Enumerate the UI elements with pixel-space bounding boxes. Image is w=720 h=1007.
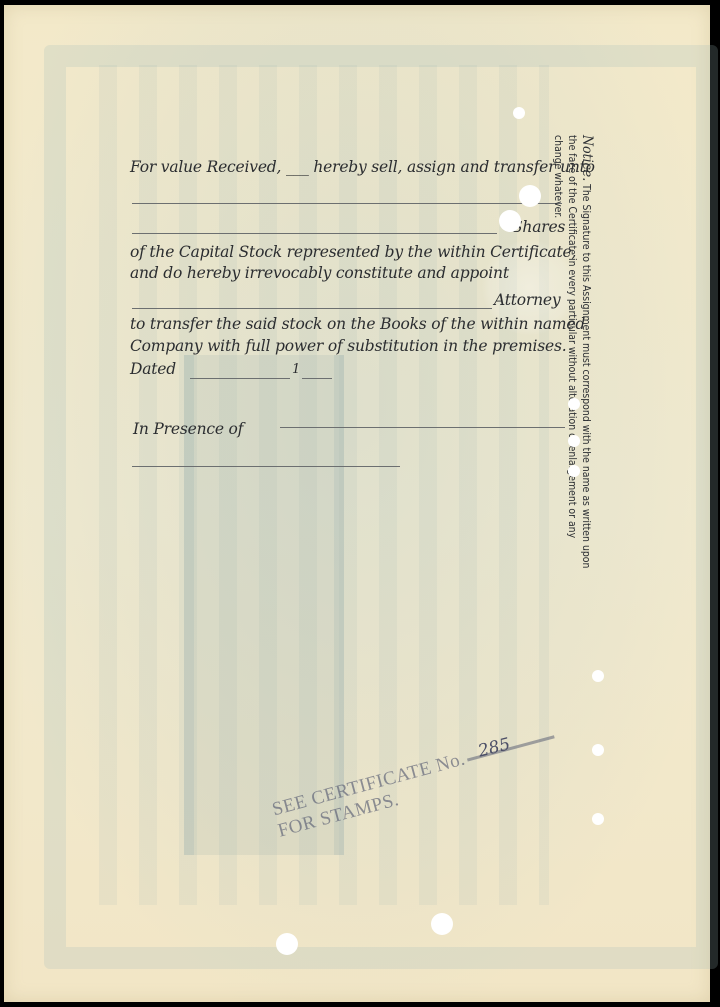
punch-hole bbox=[431, 913, 453, 935]
assignment-line-6: to transfer the said stock on the Books … bbox=[130, 315, 585, 333]
attorney-label: Attorney bbox=[494, 291, 560, 309]
signature-notice: Notice. The Signature to this Assignment… bbox=[560, 135, 594, 575]
year-prefix: 1 bbox=[292, 362, 300, 377]
punch-hole bbox=[568, 398, 580, 410]
punch-hole bbox=[276, 933, 298, 955]
year-blank-line[interactable] bbox=[302, 378, 332, 379]
attorney-blank-line[interactable] bbox=[132, 308, 492, 309]
assignee-blank-line[interactable] bbox=[132, 203, 562, 204]
punch-hole bbox=[513, 107, 525, 119]
show-through-border bbox=[44, 45, 718, 969]
shares-blank-line[interactable] bbox=[132, 233, 497, 234]
punch-hole bbox=[519, 185, 541, 207]
punch-hole bbox=[592, 670, 604, 682]
witness-signature-line[interactable] bbox=[132, 466, 400, 467]
assignment-line-4: and do hereby irrevocably constitute and… bbox=[130, 264, 509, 282]
witness-blank-line[interactable] bbox=[280, 427, 565, 428]
punch-hole bbox=[499, 210, 521, 232]
certificate-back bbox=[4, 5, 710, 1002]
assignment-line-3: of the Capital Stock represented by the … bbox=[130, 243, 576, 261]
date-blank-line[interactable] bbox=[190, 378, 290, 379]
presence-label: In Presence of bbox=[133, 420, 243, 438]
punch-hole bbox=[592, 744, 604, 756]
notice-lead: Notice. bbox=[579, 135, 595, 181]
punch-hole bbox=[568, 435, 580, 447]
punch-hole bbox=[568, 465, 580, 477]
assignment-line-1: For value Received, ___ hereby sell, ass… bbox=[130, 158, 595, 176]
assignment-line-7: Company with full power of substitution … bbox=[130, 337, 566, 355]
punch-hole bbox=[592, 813, 604, 825]
dated-label: Dated bbox=[130, 360, 176, 378]
